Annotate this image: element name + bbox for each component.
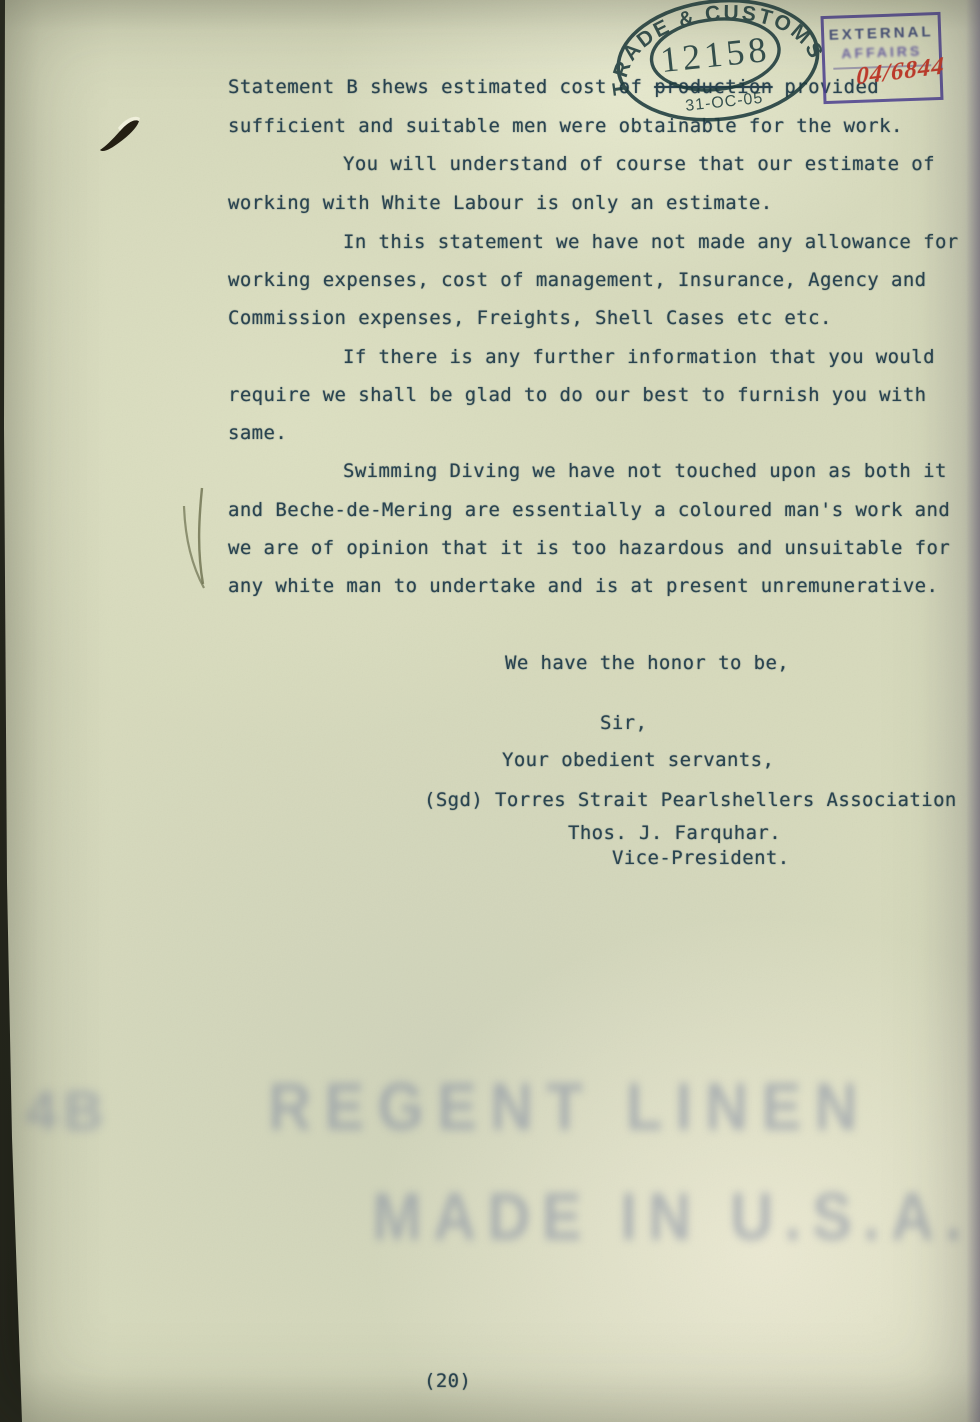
body-line: require we shall be glad to do our best … <box>228 384 927 406</box>
body-line: You will understand of course that our e… <box>343 153 935 175</box>
stamp-number: 12158 <box>659 29 773 80</box>
body-line: working expenses, cost of management, In… <box>228 269 927 291</box>
body-line: we are of opinion that it is too hazardo… <box>228 537 950 559</box>
signature-name: Thos. J. Farquhar. <box>568 822 781 844</box>
scan-edge-right <box>966 0 980 1422</box>
external-affairs-line1: EXTERNAL <box>824 23 939 44</box>
scanned-letter-page: Statement B shews estimated cost of prod… <box>0 0 980 1422</box>
body-text: Statement B shews estimated cost of <box>228 76 654 98</box>
body-line: If there is any further information that… <box>343 346 935 368</box>
body-line: In this statement we have not made any a… <box>343 231 959 253</box>
body-line: Swimming Diving we have not touched upon… <box>343 460 947 482</box>
page-number: (20) <box>424 1370 471 1392</box>
body-line: any white man to undertake and is at pre… <box>228 575 938 597</box>
pencil-check-mark <box>175 480 225 605</box>
body-line: and Beche-de-Mering are essentially a co… <box>228 499 950 521</box>
body-line: working with White Labour is only an est… <box>228 192 773 214</box>
stamp-date: 31-OC-05 <box>685 90 765 115</box>
signature-organization: (Sgd) Torres Strait Pearlshellers Associ… <box>424 789 957 811</box>
closing-honor-line: We have the honor to be, <box>505 652 789 674</box>
paper-hole-tear <box>96 112 146 160</box>
body-line: same. <box>228 422 287 444</box>
body-line: Commission expenses, Freights, Shell Cas… <box>228 307 832 329</box>
closing-sir-line: Sir, <box>600 712 647 734</box>
closing-servants-line: Your obedient servants, <box>502 749 774 771</box>
signature-title: Vice-President. <box>612 847 790 869</box>
